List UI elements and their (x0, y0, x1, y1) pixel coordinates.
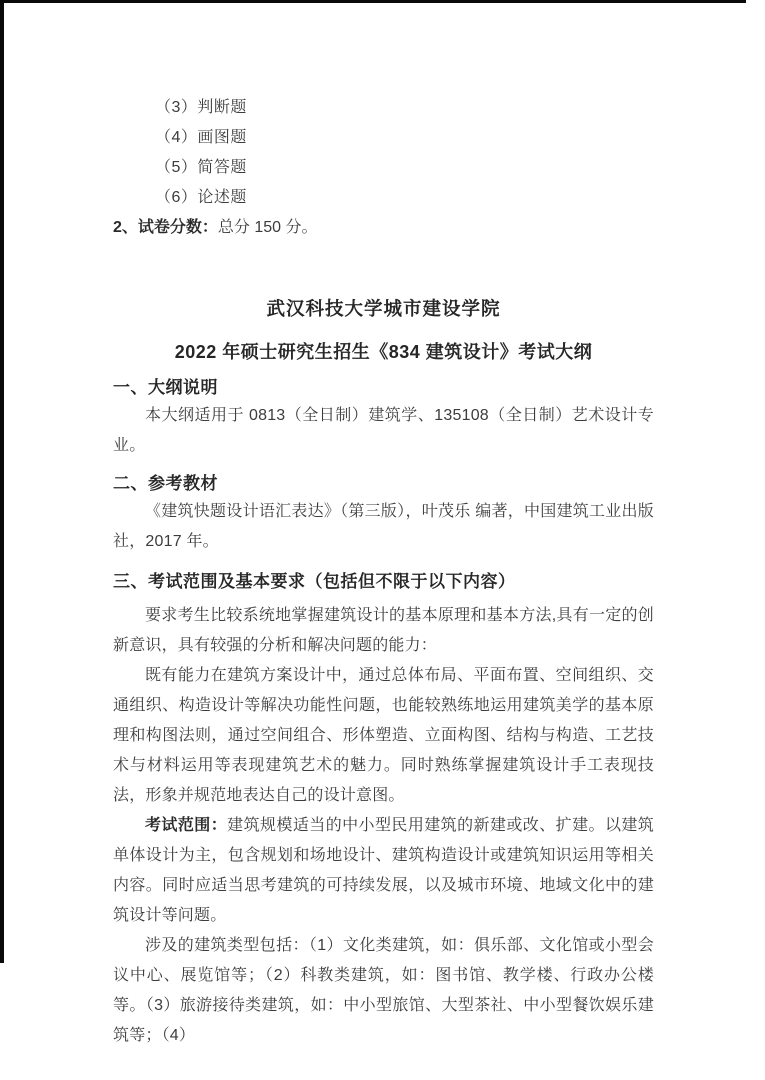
paragraph: 要求考生比较系统地掌握建筑设计的基本原理和基本方法,具有一定的创新意识，具有较强… (113, 601, 654, 661)
paragraph: 《建筑快题设计语汇表达》（第三版），叶茂乐 编著，中国建筑工业出版社，2017 … (113, 497, 654, 557)
paragraph-lead: 考试范围： (145, 817, 227, 834)
question-type-item: （6）论述题 (113, 183, 654, 213)
scan-edge-top (0, 0, 746, 3)
question-type-list: （3）判断题 （4）画图题 （5）简答题 （6）论述题 (113, 93, 654, 213)
scanned-document-page: （3）判断题 （4）画图题 （5）简答题 （6）论述题 2、试卷分数：总分 15… (0, 0, 765, 1080)
section-heading-scope: 三、考试范围及基本要求（包括但不限于以下内容） (113, 569, 654, 595)
question-type-item: （5）简答题 (113, 153, 654, 183)
scan-edge-left (0, 0, 4, 963)
paragraph: 既有能力在建筑方案设计中，通过总体布局、平面布置、空间组织、交通组织、构造设计等… (113, 661, 654, 811)
score-line-label: 2、试卷分数： (113, 219, 218, 236)
question-type-item: （3）判断题 (113, 93, 654, 123)
paragraph-text: 既有能力在建筑方案设计中，通过总体布局、平面布置、空间组织、交通组织、构造设计等… (113, 667, 654, 804)
paragraph-text: 《建筑快题设计语汇表达》（第三版），叶茂乐 编著，中国建筑工业出版社，2017 … (113, 503, 654, 550)
document-subtitle: 2022 年硕士研究生招生《834 建筑设计》考试大纲 (113, 331, 654, 373)
score-line-value: 总分 150 分。 (218, 219, 318, 236)
paragraph-text: 本大纲适用于 0813（全日制）建筑学、135108（全日制）艺术设计专业。 (113, 407, 654, 454)
document-title: 武汉科技大学城市建设学院 (113, 287, 654, 331)
paragraph-text: 要求考生比较系统地掌握建筑设计的基本原理和基本方法,具有一定的创新意识，具有较强… (113, 607, 654, 654)
section-heading-outline: 一、大纲说明 (113, 375, 654, 401)
question-type-item: （4）画图题 (113, 123, 654, 153)
score-line: 2、试卷分数：总分 150 分。 (113, 213, 654, 243)
paragraph-text: 涉及的建筑类型包括：（1）文化类建筑，如：俱乐部、文化馆或小型会议中心、展览馆等… (113, 937, 654, 1044)
section-heading-references: 二、参考教材 (113, 471, 654, 497)
document-content: （3）判断题 （4）画图题 （5）简答题 （6）论述题 2、试卷分数：总分 15… (113, 93, 654, 1051)
paragraph: 考试范围：建筑规模适当的中小型民用建筑的新建或改、扩建。以建筑单体设计为主，包含… (113, 811, 654, 931)
paragraph: 本大纲适用于 0813（全日制）建筑学、135108（全日制）艺术设计专业。 (113, 401, 654, 461)
paragraph: 涉及的建筑类型包括：（1）文化类建筑，如：俱乐部、文化馆或小型会议中心、展览馆等… (113, 931, 654, 1051)
